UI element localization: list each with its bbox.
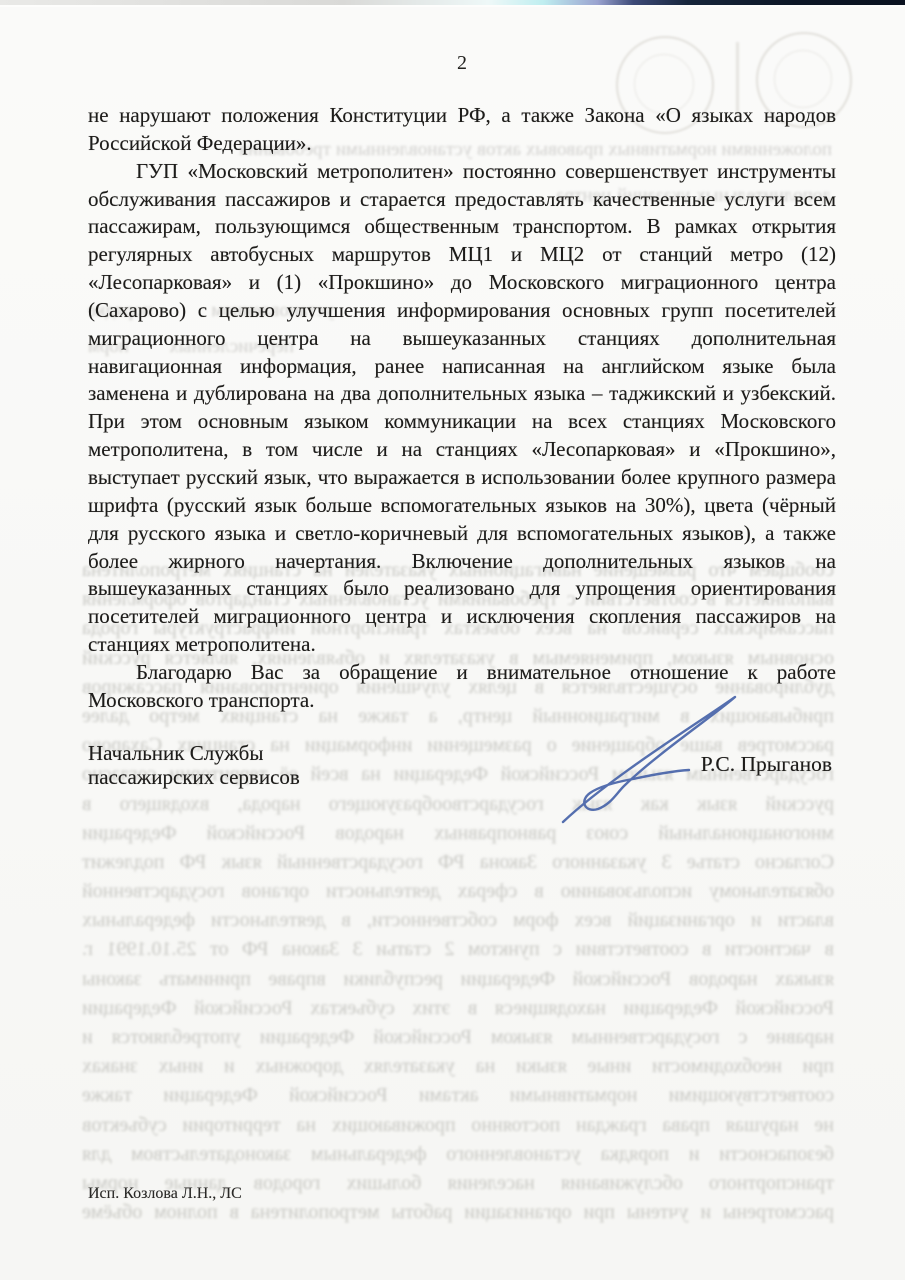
executor-note: Исп. Козлова Л.Н., ЛС [88,1185,242,1203]
text-line: «Лесопарковая» и (1) «Прокшино» до Моско… [88,269,836,297]
text-line: обязательному использованию в сферах дея… [82,877,834,906]
text-line: вышеуказанных станциях было реализовано … [88,575,836,603]
text-line: безопасности и порядка установленного фе… [82,1140,834,1169]
text-line: ГУП «Московский метрополитен» постоянно … [88,158,836,186]
text-line: языках народов Российской Федерации респ… [82,965,834,994]
text-line: метрополитена, в том числе и на станциях… [88,436,836,464]
text-line: Начальник Службы [88,741,300,765]
paragraph-main: ГУП «Московский метрополитен» постоянно … [88,158,836,659]
scanned-letter-page: положениями нормативных правовых актов у… [0,0,905,1280]
text-line: При этом основным языком коммуникации на… [88,408,836,436]
text-line: для русского языка и светло-коричневый д… [88,520,836,548]
text-line: при необходимости иные языки на указател… [82,1052,834,1081]
text-line: (Сахарово) с целью улучшения информирова… [88,297,836,325]
scan-edge-highlight [0,5,905,7]
text-line: Российской Федерации находящиеся в этих … [82,994,834,1023]
text-line: не нарушая права граждан постоянно прожи… [82,1111,834,1140]
text-line: шрифта (русский язык больше вспомогатель… [88,492,836,520]
letter-body: не нарушают положения Конституции РФ, а … [88,102,836,715]
text-line: регулярных автобусных маршрутов МЦ1 и МЦ… [88,241,836,269]
text-line: власти и организаций всех форм собственн… [82,906,834,935]
text-line: посетителей миграционного центра и исклю… [88,603,836,631]
text-line: наравне с государственным языком Российс… [82,1023,834,1052]
text-line: миграционного центра на вышеуказанных ст… [88,325,836,353]
text-line: в частности в соответствии с пунктом 2 с… [82,935,834,964]
text-line: пассажирских сервисов [88,765,300,789]
text-line: не нарушают положения Конституции РФ, а … [88,102,836,130]
text-line: заменена и дублирована на два дополнител… [88,380,836,408]
text-line: Российской Федерации». [88,130,836,158]
signatory-job-title: Начальник Службыпассажирских сервисов [88,741,300,789]
text-line: более жирного начертания. Включение допо… [88,548,836,576]
paragraph-continuation: не нарушают положения Конституции РФ, а … [88,102,836,158]
text-line: Согласно статье 3 указанного Закона РФ г… [82,848,834,877]
text-line: выступает русский язык, что выражается в… [88,464,836,492]
text-line: станциях метрополитена. [88,631,836,659]
text-line: пассажирам, пользующимся общественным тр… [88,213,836,241]
text-line: навигационная информация, ранее написанн… [88,353,836,381]
signatory-name: Р.С. Прыганов [701,752,832,777]
page-number: 2 [88,52,836,75]
text-line: соответствующими нормативными актами Рос… [82,1081,834,1110]
text-line: обслуживания пассажиров и старается пред… [88,186,836,214]
